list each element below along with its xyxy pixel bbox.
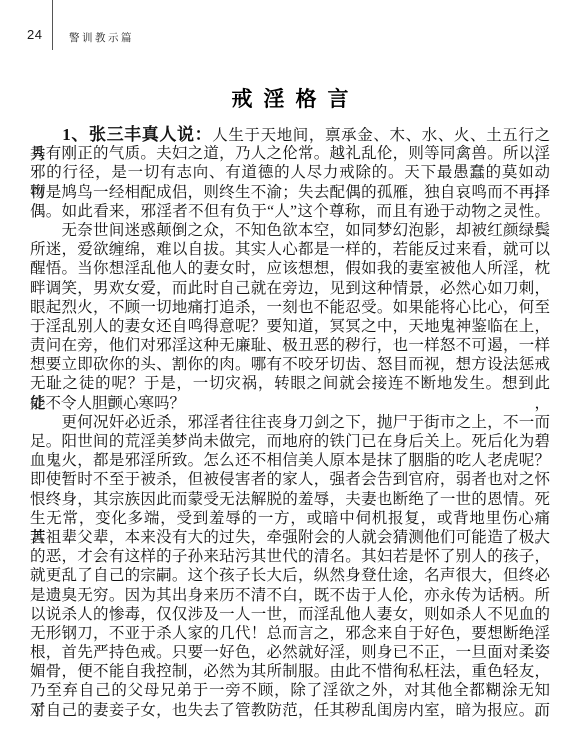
body-line-first: 1、张三丰真人说：人生于天地间，禀承金、木、水、火、土五行之秀， [30,125,550,144]
body-line: 具有刚正的气质。夫妇之道，乃人之伦常。越礼乱伦，则等同禽兽。所以淫 [30,144,550,163]
body-line: 于淫乱别人的妻女还自鸣得意呢？要知道，冥冥之中，天地鬼神鉴临在上， [30,317,550,336]
body-line: 想要立即砍你的头、割你的肉。哪有不咬牙切齿、怒目而视，想方设法惩戒 [30,355,550,374]
body-line: 对自己的妻妾子女，也失去了管教防范，任其秽乱闺房内室，暗为报应。而 [30,701,550,720]
body-line: 醒悟。当你想淫乱他人的妻女时，应该想想，假如我的妻室被他人所淫，枕 [30,259,550,278]
header-divider [52,0,53,50]
body-line: 无耻之徒的呢？于是，一切灾祸，转眼之间就会接连不断地发生。想到此处， [30,374,550,393]
body-line: 就更乱了自己的宗嗣。这个孩子长大后，纵然身登仕途，名声很大，但终必 [30,566,550,585]
body-line: 责问在旁，他们对邪淫这种无廉耻、极丑恶的秽行，也一样怒不可遏，一样 [30,336,550,355]
body-text: 1、张三丰真人说：人生于天地间，禀承金、木、水、火、土五行之秀， 具有刚正的气质… [30,125,550,720]
body-line: 根，首先严持色戒。只要一好色，必然就好淫，则身已不正，一旦面对柔姿 [30,643,550,662]
body-line: 乃至弃自己的父母兄弟于一旁不顾，除了淫欲之外，对其他全都糊涂无知了。 [30,681,550,700]
body-line: 畔调笑，男欢女爱，而此时自己就在旁边，见到这种情景，必然心如刀刺， [30,279,550,298]
first-line-indent [30,127,62,144]
body-line: 以说杀人的惨毒，仅仅涉及一人一世，而淫乱他人妻女，则如杀人不见血的 [30,605,550,624]
body-line: 眼起烈火，不顾一切地痛打追杀，一刻也不能忍受。如果能将心比心，何至 [30,298,550,317]
body-line: 无形钢刀，不亚于杀人家的几代！总而言之，邪念来自于好色，要想断绝淫 [30,624,550,643]
body-line: 偶。如此看来，邪淫者不但有负于“人”这个尊称，而且有逊于动物之灵性。 [30,202,550,221]
body-line: 是遗臭无穷。因为其出身来历不清不白，既不齿于人伦，亦永传为话柄。所 [30,586,550,605]
chapter-title: 警训教示篇 [69,30,134,45]
body-line: 更何况奸必近杀，邪淫者往往丧身刀剑之下，抛尸于街市之上，不一而 [30,413,550,432]
paragraph-number-lead: 1、张三丰真人说： [62,125,212,144]
body-line: 无奈世间迷惑颠倒之众，不知色欲本空，如同梦幻泡影，却被红颜绿鬓 [30,221,550,240]
body-lines-container: 具有刚正的气质。夫妇之道，乃人之伦常。越礼乱伦，则等同禽兽。所以淫邪的行径，是一… [30,144,550,720]
body-line: 生无常，变化多端，受到羞辱的一方，或暗中伺机报复，或背地里伤心痛苦。 [30,509,550,528]
body-line: 的恶，才会有这样的子孙来玷污其世代的清名。其妇若是怀了别人的孩子， [30,547,550,566]
body-line: 邪的行径，是一切有志向、有道德的人尽力戒除的。天下最愚蠢的莫如动物， [30,163,550,182]
page-header: 24 警训教示篇 [0,0,580,50]
body-line: 足。阳世间的荒淫美梦尚未做完，而地府的铁门已在身后关上。死后化为碧 [30,432,550,451]
body-line: 其祖辈父辈，本来没有大的过失，牵强附会的人就会猜测他们可能造了极大 [30,528,550,547]
body-line: 恨终身，其宗族因此而蒙受无法解脱的羞辱，夫妻也断绝了一世的恩情。死 [30,490,550,509]
body-line: 媚骨，便不能自我控制，必然为其所制服。由此不惜徇私枉法，重色轻友， [30,662,550,681]
book-page: 24 警训教示篇 戒淫格言 1、张三丰真人说：人生于天地间，禀承金、木、水、火、… [0,0,580,756]
page-number: 24 [27,27,42,42]
body-line: 可是鸠鸟一经相配成侣，则终生不渝；失去配偶的孤雁，独自哀鸣而不再择 [30,183,550,202]
page-title: 戒淫格言 [0,86,580,112]
body-line: 血鬼火，都是邪淫所致。怎么还不相信美人原本是抹了胭脂的吃人老虎呢？ [30,451,550,470]
body-line: 所迷，爱欲缠绵，难以自拔。其实人心都是一样的，若能反过来看，就可以 [30,240,550,259]
body-line: 即使暂时不至于被杀，但被侵害者的家人，强者会告到官府，弱者也对之怀 [30,470,550,489]
